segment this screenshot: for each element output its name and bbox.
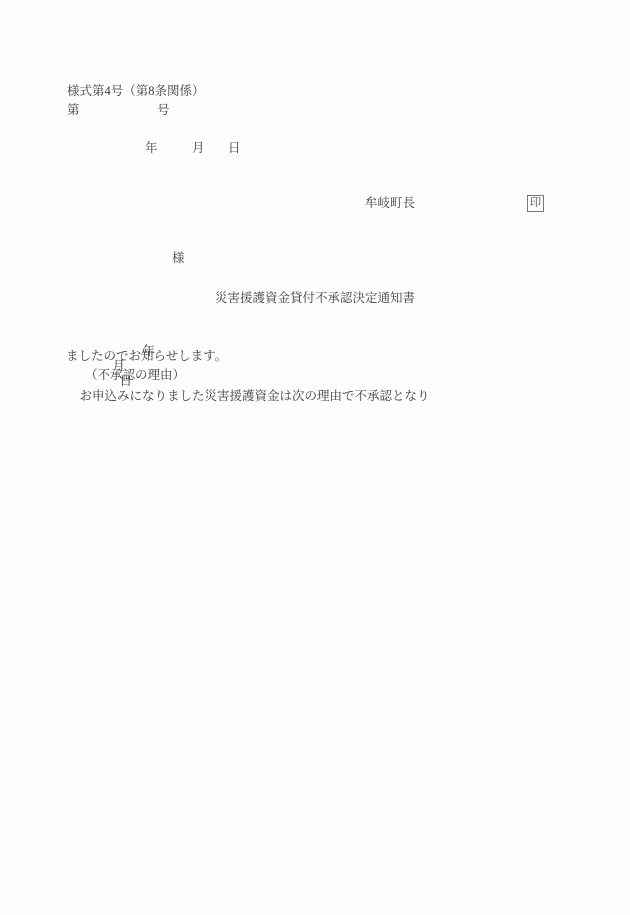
issue-date-day-label: 日: [228, 141, 241, 156]
document-page: 様式第4号（第8条関係） 第 号 年 月 日 牟岐町長 印 様 災害援護資金貸付…: [0, 0, 630, 915]
seal-mark: 印: [527, 195, 544, 212]
doc-number-suffix: 号: [157, 103, 170, 118]
document-title: 災害援護資金貸付不承認決定通知書: [0, 288, 630, 306]
issue-date-year-label: 年: [145, 141, 158, 156]
issue-date-month-label: 月: [192, 141, 205, 156]
form-number-label: 様式第4号（第8条関係）: [67, 84, 205, 99]
body-line-2: ましたのでお知らせします。: [66, 349, 227, 364]
body-line-1-text: お申込みになりました災害援護資金は次の理由で不承認となり: [80, 389, 430, 404]
doc-number-prefix: 第: [67, 103, 80, 118]
rejection-reason-heading: （不承認の理由）: [85, 368, 185, 383]
issuer-title: 牟岐町長: [365, 196, 415, 211]
addressee-honorific: 様: [172, 251, 185, 266]
